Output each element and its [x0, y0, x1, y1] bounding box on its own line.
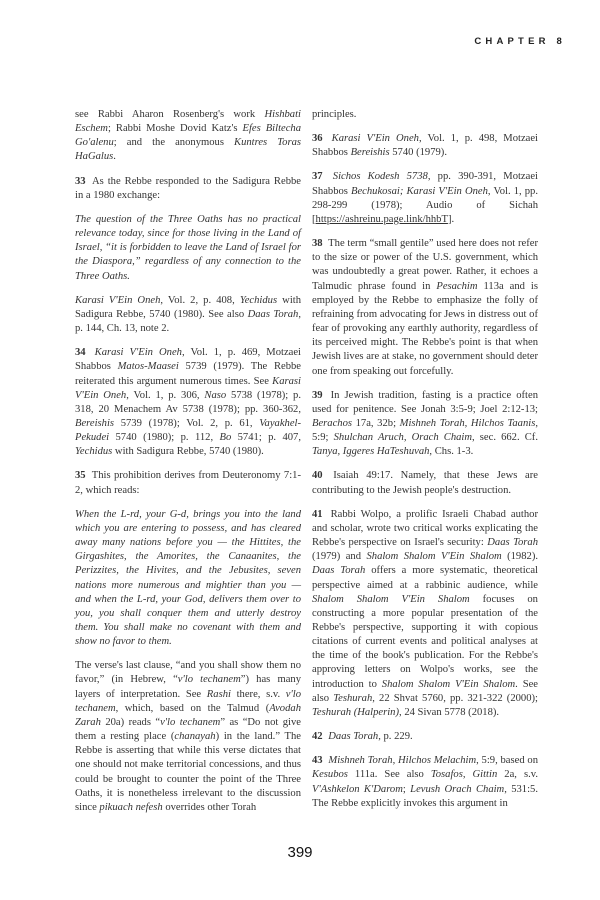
footnote-number: 37: [312, 171, 323, 182]
footnote-number: 39: [312, 390, 323, 401]
block-quote: The question of the Three Oaths has no p…: [75, 213, 301, 284]
italic-text: Levush Orach Chaim: [410, 784, 504, 795]
footnote-number: 42: [312, 731, 323, 742]
left-column: see Rabbi Aharon Rosenberg's work Hishba…: [75, 108, 301, 825]
italic-text: Bechukosai; Karasi V'Ein Oneh: [351, 186, 488, 197]
italic-text: chanayah: [174, 731, 215, 742]
italic-text: Daas Torah: [328, 731, 378, 742]
text-run: , 5:9, based on: [476, 755, 538, 766]
italic-text: Teshurah (Halperin): [312, 707, 399, 718]
text-run: 17a, 32b;: [352, 418, 400, 429]
text-run: 5739 (1978); Vol. 2, p. 61,: [114, 418, 259, 429]
footnote-number: 41: [312, 509, 323, 520]
block-quote: When the L-rd, your G-d, brings you into…: [75, 508, 301, 650]
footnote-number: 38: [312, 238, 323, 249]
text-run: , 22 Shvat 5760, pp. 321-322 (2000);: [372, 693, 538, 704]
italic-text: Daas Torah: [248, 309, 299, 320]
text-run: , sec. 662. Cf.: [472, 432, 538, 443]
italic-text: Rashi: [207, 689, 231, 700]
italic-text: Matos-Maasei: [118, 361, 179, 372]
italic-text: V'Ashkelon K'Darom: [312, 784, 403, 795]
footnote-42: 42 Daas Torah, p. 229.: [312, 730, 538, 744]
text-run: , 24 Sivan 5778 (2018).: [399, 707, 499, 718]
right-column: principles.36 Karasi V'Ein Oneh, Vol. 1,…: [312, 108, 538, 821]
italic-text: Bereishis: [351, 147, 390, 158]
text-run: 5741; p. 407,: [231, 432, 301, 443]
italic-text: Naso: [204, 390, 226, 401]
italic-text: Yechidus: [240, 295, 277, 306]
text-run: In Jewish tradition, fasting is a practi…: [312, 390, 538, 415]
page-number: 399: [0, 844, 600, 861]
italic-text: Pesachim: [436, 281, 477, 292]
italic-text: v'lo techanem: [160, 717, 220, 728]
text-run: 20a) reads “: [101, 717, 160, 728]
text-run: As the Rebbe responded to the Sadigura R…: [75, 176, 301, 201]
text-run: , which, based on the Talmud (: [116, 703, 270, 714]
text-run: When the L-rd, your G-d, brings you into…: [75, 509, 301, 647]
italic-text: Sichos Kodesh 5738: [333, 171, 428, 182]
text-run: 111a. See also: [348, 769, 431, 780]
italic-text: Bereishis: [75, 418, 114, 429]
italic-text: Tanya, Iggeres HaTeshuvah: [312, 446, 429, 457]
text-run: ) in the land.” The Rebbe is asserting t…: [75, 731, 301, 813]
footnote-number: 35: [75, 470, 86, 481]
italic-text: Berachos: [312, 418, 352, 429]
footnote-33: 33 As the Rebbe responded to the Sadigur…: [75, 175, 301, 203]
text-run: , p. 229.: [378, 731, 412, 742]
text-run: (1979) and: [312, 551, 366, 562]
footnote-41: 41 Rabbi Wolpo, a prolific Israeli Chaba…: [312, 508, 538, 720]
italic-text: Daas Torah: [487, 537, 538, 548]
footnote-number: 33: [75, 176, 86, 187]
text-run: 5740 (1979).: [390, 147, 447, 158]
italic-text: Tosafos, Gittin: [431, 769, 497, 780]
text-run: principles.: [312, 109, 356, 120]
footnote-38: 38 The term “small gentile” used here do…: [312, 237, 538, 379]
italic-text: Shalom Shalom V'Ein Shalom: [382, 679, 515, 690]
text-run: Isaiah 49:17. Namely, that these Jews ar…: [312, 470, 538, 495]
paragraph: Karasi V'Ein Oneh, Vol. 2, p. 408, Yechi…: [75, 294, 301, 336]
text-run: 2a, s.v.: [497, 769, 538, 780]
paragraph: principles.: [312, 108, 538, 122]
italic-text: Bo: [219, 432, 231, 443]
footnote-number: 40: [312, 470, 323, 481]
footnote-37: 37 Sichos Kodesh 5738, pp. 390-391, Motz…: [312, 170, 538, 227]
footnote-40: 40 Isaiah 49:17. Namely, that these Jews…: [312, 469, 538, 497]
chapter-header: CHAPTER 8: [474, 36, 566, 47]
italic-text: Shalom Shalom V'Ein Shalom: [366, 551, 501, 562]
footnote-number: 43: [312, 755, 323, 766]
italic-text: Shalom Shalom V'Ein Shalom: [312, 594, 470, 605]
footnote-number: 34: [75, 347, 86, 358]
italic-text: Karasi V'Ein Oneh: [332, 133, 419, 144]
footnote-36: 36 Karasi V'Ein Oneh, Vol. 1, p. 498, Mo…: [312, 132, 538, 160]
italic-text: Mishneh Torah, Hilchos Melachim: [328, 755, 476, 766]
italic-text: Mishneh Torah, Hilchos Taanis: [400, 418, 536, 429]
paragraph: The verse's last clause, “and you shall …: [75, 659, 301, 815]
italic-text: Shulchan Aruch, Orach Chaim: [334, 432, 472, 443]
italic-text: Karasi V'Ein Oneh: [95, 347, 182, 358]
text-run: ; Rabbi Moshe Dovid Katz's: [108, 123, 243, 134]
text-run: focuses on constructing a more popular p…: [312, 594, 538, 690]
text-run: there, s.v.: [231, 689, 286, 700]
text-run: (1982).: [502, 551, 538, 562]
italic-text: Daas Torah: [312, 565, 365, 576]
audio-link[interactable]: https://ashreinu.page.link/hhbT: [316, 214, 448, 225]
italic-text: Kesubos: [312, 769, 348, 780]
footnote-35: 35 This prohibition derives from Deutero…: [75, 469, 301, 497]
italic-text: Karasi V'Ein Oneh: [75, 295, 160, 306]
text-run: ; and the anonymous: [114, 137, 234, 148]
italic-text: Teshurah: [333, 693, 372, 704]
text-run: 5740 (1980); p. 112,: [109, 432, 219, 443]
text-run: ].: [448, 214, 454, 225]
text-run: with Sadigura Rebbe, 5740 (1980).: [112, 446, 264, 457]
italic-text: pikuach nefesh: [99, 802, 162, 813]
text-run: , Vol. 2, p. 408,: [160, 295, 239, 306]
text-run: .: [113, 151, 116, 162]
footnote-39: 39 In Jewish tradition, fasting is a pra…: [312, 389, 538, 460]
footnote-43: 43 Mishneh Torah, Hilchos Melachim, 5:9,…: [312, 754, 538, 811]
text-run: The question of the Three Oaths has no p…: [75, 214, 301, 282]
text-run: 113a and is employed by the Rebbe to emp…: [312, 281, 538, 377]
footnote-number: 36: [312, 133, 323, 144]
text-run: overrides other Torah: [163, 802, 257, 813]
footnote-34: 34 Karasi V'Ein Oneh, Vol. 1, p. 469, Mo…: [75, 346, 301, 459]
italic-text: v'lo techanem: [178, 674, 241, 685]
text-run: This prohibition derives from Deuteronom…: [75, 470, 301, 495]
text-run: , Chs. 1-3.: [429, 446, 473, 457]
text-run: see Rabbi Aharon Rosenberg's work: [75, 109, 265, 120]
italic-text: Yechidus: [75, 446, 112, 457]
paragraph: see Rabbi Aharon Rosenberg's work Hishba…: [75, 108, 301, 165]
text-run: , Vol. 1, p. 306,: [126, 390, 204, 401]
